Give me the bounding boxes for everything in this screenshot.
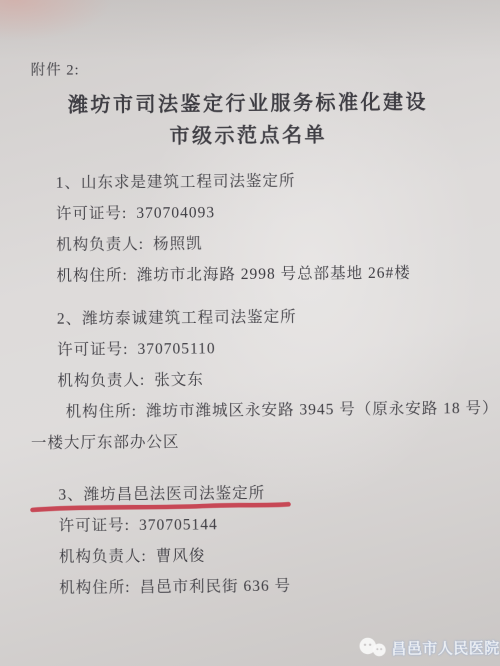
red-underline-stroke <box>33 504 289 510</box>
attachment-label: 附件 2: <box>31 58 80 79</box>
address-row: 机构住所:昌邑市利民街 636 号 <box>59 577 291 599</box>
manager-row: 机构负责人:曹风俊 <box>59 546 291 568</box>
address-value: 昌邑市利民街 636 号 <box>139 578 291 596</box>
license-value: 370705110 <box>137 340 215 358</box>
address-label: 机构住所: <box>66 403 137 421</box>
manager-value: 张文东 <box>154 371 204 388</box>
address-row: 机构住所:潍坊市潍城区永安路 3945 号（原永安路 18 号） <box>58 399 499 423</box>
manager-label: 机构负责人: <box>57 372 145 390</box>
license-value: 370704093 <box>136 204 215 222</box>
address-label: 机构住所: <box>56 267 127 285</box>
institution-name: 2、潍坊泰诚建筑工程司法鉴定所 <box>57 306 498 330</box>
institution-entry-2: 2、潍坊泰诚建筑工程司法鉴定所 许可证号:370705110 机构负责人:张文东… <box>57 306 499 465</box>
license-row: 许可证号:370704093 <box>56 202 410 225</box>
watermark-text: 昌邑市人民医院 <box>391 636 500 658</box>
license-label: 许可证号: <box>57 341 128 359</box>
address-label: 机构住所: <box>59 579 130 597</box>
document-photo: 附件 2: 潍坊市司法鉴定行业服务标准化建设 市级示范点名单 1、山东求是建筑工… <box>0 0 500 666</box>
chat-bubbles-icon <box>358 637 388 659</box>
address-overflow-line: 一楼大厅东部办公区 <box>31 430 499 454</box>
manager-row: 机构负责人:张文东 <box>57 368 498 392</box>
license-value: 370705144 <box>139 516 218 534</box>
address-value: 潍坊市潍城区永安路 3945 号（原永安路 18 号） <box>146 400 499 420</box>
red-underline-annotation <box>29 500 291 514</box>
institution-name: 1、山东求是建筑工程司法鉴定所 <box>56 171 410 194</box>
manager-label: 机构负责人: <box>59 548 147 566</box>
manager-row: 机构负责人:杨照凯 <box>56 233 410 256</box>
hospital-watermark: 昌邑市人民医院 <box>358 636 500 659</box>
license-label: 许可证号: <box>56 205 127 223</box>
manager-value: 杨照凯 <box>153 235 203 252</box>
institution-entry-1: 1、山东求是建筑工程司法鉴定所 许可证号:370704093 机构负责人:杨照凯… <box>56 171 411 298</box>
manager-label: 机构负责人: <box>56 236 144 254</box>
title-line-2: 市级示范点名单 <box>0 118 498 154</box>
document: 附件 2: 潍坊市司法鉴定行业服务标准化建设 市级示范点名单 1、山东求是建筑工… <box>0 0 500 666</box>
title-line-1: 潍坊市司法鉴定行业服务标准化建设 <box>0 86 498 122</box>
license-row: 许可证号:370705144 <box>59 515 291 537</box>
address-value: 潍坊市北海路 2998 号总部基地 26#楼 <box>137 265 411 284</box>
document-title: 潍坊市司法鉴定行业服务标准化建设 市级示范点名单 <box>0 86 498 154</box>
license-label: 许可证号: <box>59 517 130 535</box>
manager-value: 曹风俊 <box>156 547 206 564</box>
address-row: 机构住所:潍坊市北海路 2998 号总部基地 26#楼 <box>56 264 410 287</box>
license-row: 许可证号:370705110 <box>57 337 498 361</box>
